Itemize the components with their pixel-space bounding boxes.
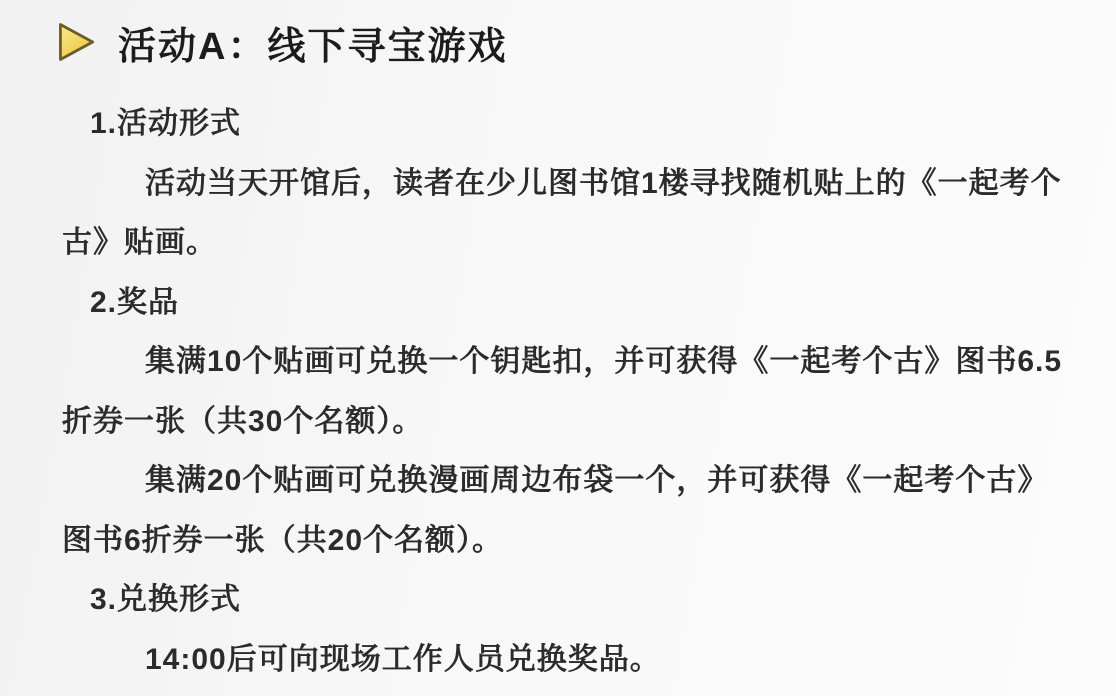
text-line: 1.活动形式 bbox=[0, 94, 1116, 154]
text-line: 活动当天开馆后，读者在少儿图书馆1楼寻找随机贴上的《一起考个 bbox=[0, 154, 1116, 214]
text-line: 3.兑换形式 bbox=[0, 570, 1116, 630]
text-line: 图书6折券一张（共20个名额）。 bbox=[0, 511, 1116, 571]
triangle-right-icon bbox=[54, 19, 100, 65]
text-line: 集满10个贴画可兑换一个钥匙扣，并可获得《一起考个古》图书6.5 bbox=[0, 332, 1116, 392]
document-body: 1.活动形式活动当天开馆后，读者在少儿图书馆1楼寻找随机贴上的《一起考个古》贴画… bbox=[0, 94, 1116, 689]
text-line: 古》贴画。 bbox=[0, 213, 1116, 273]
text-line: 2.奖品 bbox=[0, 273, 1116, 333]
page-title: 活动A：线下寻宝游戏 bbox=[118, 15, 507, 70]
section-header: 活动A：线下寻宝游戏 bbox=[54, 14, 507, 70]
document-page: 活动A：线下寻宝游戏 1.活动形式活动当天开馆后，读者在少儿图书馆1楼寻找随机贴… bbox=[0, 0, 1116, 696]
text-line: 集满20个贴画可兑换漫画周边布袋一个，并可获得《一起考个古》 bbox=[0, 451, 1116, 511]
text-line: 折券一张（共30个名额）。 bbox=[0, 392, 1116, 452]
text-line: 14:00后可向现场工作人员兑换奖品。 bbox=[0, 630, 1116, 690]
